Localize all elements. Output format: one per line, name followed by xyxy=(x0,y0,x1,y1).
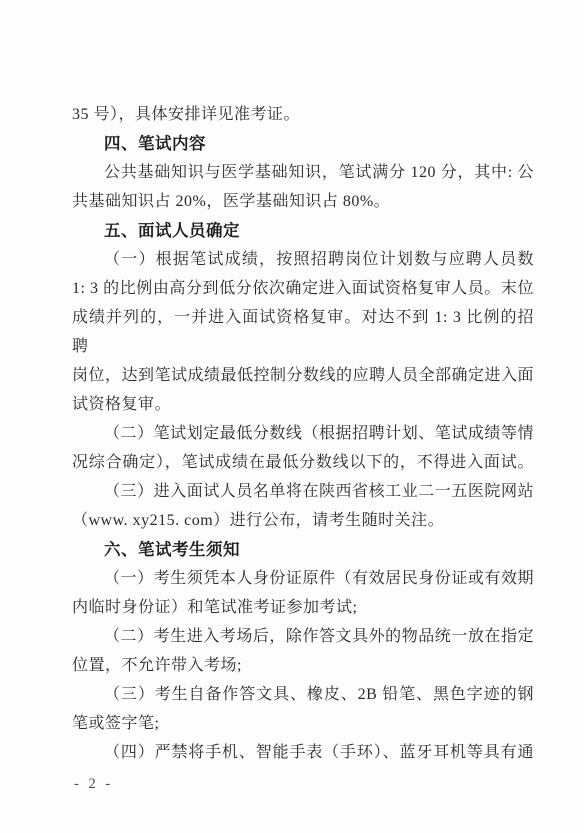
section-heading: 六、笔试考生须知 xyxy=(72,535,534,564)
text-line: 笔或签字笔; xyxy=(72,709,534,738)
text-line: 岗位，达到笔试成绩最低控制分数线的应聘人员全部确定进入面 xyxy=(72,361,534,390)
text-line: 试资格复审。 xyxy=(72,390,534,419)
section-heading: 四、笔试内容 xyxy=(72,129,534,158)
section-heading: 五、面试人员确定 xyxy=(72,216,534,245)
text-line: （www. xy215. com）进行公布，请考生随时关注。 xyxy=(72,506,534,535)
text-line: 位置，不允许带入考场; xyxy=(72,651,534,680)
text-line: （三）考生自备作答文具、橡皮、2B 铅笔、黑色字迹的钢 xyxy=(72,680,534,709)
text-line: 35 号），具体安排详见准考证。 xyxy=(72,100,534,129)
page-number: - 2 - xyxy=(74,774,113,794)
text-line: （四）严禁将手机、智能手表（手环）、蓝牙耳机等具有通 xyxy=(72,738,534,767)
text-line: 1: 3 的比例由高分到低分依次确定进入面试资格复审人员。末位 xyxy=(72,274,534,303)
text-line: 内临时身份证）和笔试准考证参加考试; xyxy=(72,593,534,622)
text-line: （一）考生须凭本人身份证原件（有效居民身份证或有效期 xyxy=(72,564,534,593)
text-line: 共基础知识占 20%，医学基础知识占 80%。 xyxy=(72,187,534,216)
text-line: （二）笔试划定最低分数线（根据招聘计划、笔试成绩等情 xyxy=(72,419,534,448)
document-body: 35 号），具体安排详见准考证。四、笔试内容公共基础知识与医学基础知识，笔试满分… xyxy=(72,100,534,767)
text-line: （三）进入面试人员名单将在陕西省核工业二一五医院网站 xyxy=(72,477,534,506)
text-line: （二）考生进入考场后，除作答文具外的物品统一放在指定 xyxy=(72,622,534,651)
text-line: （一）根据笔试成绩，按照招聘岗位计划数与应聘人员数 xyxy=(72,245,534,274)
text-line: 成绩并列的，一并进入面试资格复审。对达不到 1: 3 比例的招聘 xyxy=(72,303,534,361)
text-line: 况综合确定），笔试成绩在最低分数线以下的，不得进入面试。 xyxy=(72,448,534,477)
text-line: 公共基础知识与医学基础知识，笔试满分 120 分，其中: 公 xyxy=(72,158,534,187)
document-page: 35 号），具体安排详见准考证。四、笔试内容公共基础知识与医学基础知识，笔试满分… xyxy=(0,0,584,833)
